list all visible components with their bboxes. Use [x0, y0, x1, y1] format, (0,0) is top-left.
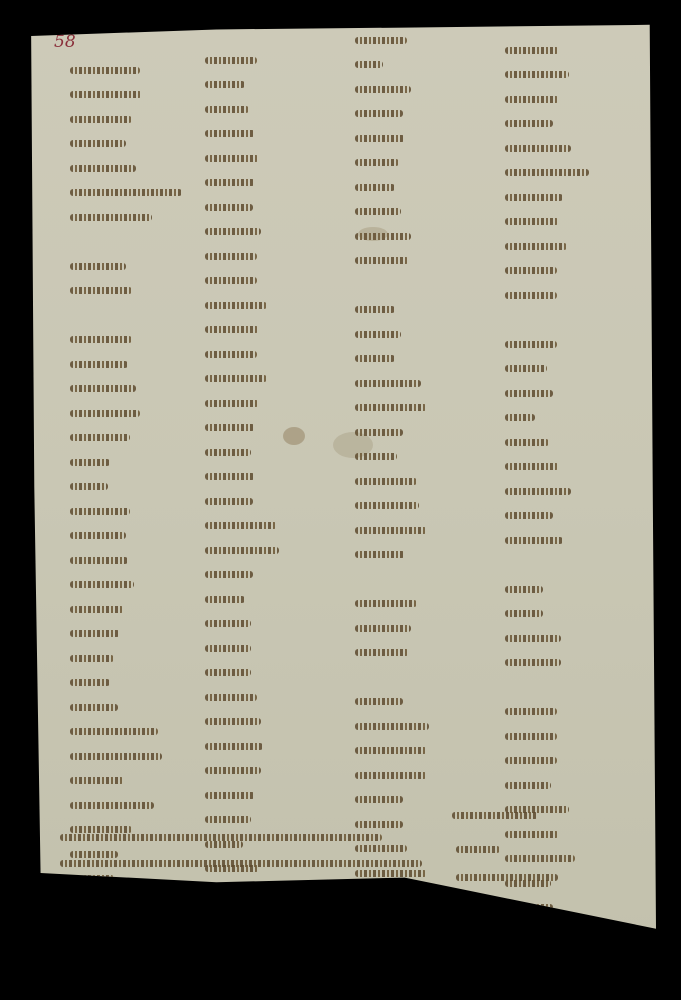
- handwritten-line: [452, 812, 538, 819]
- handwritten-word: [355, 641, 429, 666]
- handwritten-word: [355, 469, 429, 494]
- handwritten-word: [70, 303, 182, 328]
- handwritten-word: [70, 328, 182, 353]
- handwritten-word: [205, 538, 279, 563]
- handwritten-word: [505, 896, 589, 921]
- handwritten-word: [505, 651, 589, 676]
- handwritten-word: [355, 494, 429, 519]
- handwritten-word: [505, 381, 589, 406]
- handwritten-word: [205, 146, 279, 171]
- handwritten-word: [70, 867, 182, 892]
- handwritten-word: [355, 763, 429, 788]
- handwritten-word: [505, 63, 589, 88]
- handwritten-word: [355, 102, 429, 127]
- handwritten-word: [70, 230, 182, 255]
- handwritten-word: [205, 171, 279, 196]
- handwritten-word: [70, 279, 182, 304]
- handwritten-word: [70, 426, 182, 451]
- handwritten-word: [70, 132, 182, 157]
- handwritten-word: [70, 793, 182, 818]
- handwritten-word: [205, 416, 279, 441]
- handwritten-word: [205, 661, 279, 686]
- folio-number: 58: [54, 32, 76, 52]
- word-column-2: [205, 48, 279, 930]
- handwritten-line: [456, 874, 558, 881]
- handwritten-word: [70, 891, 182, 916]
- handwritten-word: [205, 759, 279, 784]
- handwritten-word: [70, 695, 182, 720]
- handwritten-word: [505, 479, 589, 504]
- handwritten-word: [355, 690, 429, 715]
- handwritten-word: [355, 714, 429, 739]
- handwritten-word: [355, 322, 429, 347]
- handwritten-word: [355, 616, 429, 641]
- handwritten-word: [70, 720, 182, 745]
- handwritten-word: [70, 646, 182, 671]
- handwritten-word: [70, 499, 182, 524]
- handwritten-word: [70, 769, 182, 794]
- handwritten-word: [505, 357, 589, 382]
- handwritten-word: [505, 283, 589, 308]
- ink-stain: [358, 227, 388, 241]
- handwritten-word: [205, 367, 279, 392]
- handwritten-word: [205, 783, 279, 808]
- handwritten-word: [505, 602, 589, 627]
- handwritten-word: [505, 430, 589, 455]
- handwritten-word: [355, 53, 429, 78]
- handwritten-word: [205, 563, 279, 588]
- handwritten-word: [505, 773, 589, 798]
- handwritten-word: [355, 567, 429, 592]
- handwritten-word: [70, 156, 182, 181]
- handwritten-line: [456, 902, 512, 909]
- handwritten-word: [505, 38, 589, 63]
- handwritten-word: [70, 107, 182, 132]
- ink-stain: [333, 432, 373, 458]
- handwritten-word: [205, 122, 279, 147]
- handwritten-word: [205, 587, 279, 612]
- handwritten-word: [205, 489, 279, 514]
- handwritten-line: [456, 846, 500, 853]
- handwritten-word: [355, 77, 429, 102]
- handwritten-word: [70, 548, 182, 573]
- handwritten-line: [456, 930, 516, 937]
- handwritten-word: [205, 881, 279, 906]
- handwritten-word: [505, 626, 589, 651]
- handwritten-word: [505, 700, 589, 725]
- handwritten-word: [205, 636, 279, 661]
- handwritten-word: [205, 318, 279, 343]
- handwritten-word: [355, 518, 429, 543]
- handwritten-word: [205, 906, 279, 931]
- handwritten-word: [205, 220, 279, 245]
- handwritten-word: [70, 83, 182, 108]
- handwritten-word: [205, 73, 279, 98]
- word-column-1: [70, 58, 182, 916]
- handwritten-word: [70, 205, 182, 230]
- handwritten-word: [355, 910, 429, 935]
- handwritten-word: [70, 58, 182, 83]
- handwritten-word: [70, 597, 182, 622]
- handwritten-line: [60, 860, 422, 867]
- handwritten-word: [355, 347, 429, 372]
- corner-mark: Bi: [36, 892, 51, 908]
- handwritten-word: [355, 175, 429, 200]
- handwritten-word: [355, 812, 429, 837]
- handwritten-word: [505, 136, 589, 161]
- handwritten-word: [355, 151, 429, 176]
- handwritten-word: [505, 332, 589, 357]
- handwritten-word: [355, 739, 429, 764]
- handwritten-word: [205, 269, 279, 294]
- handwritten-word: [355, 959, 429, 984]
- handwritten-word: [355, 396, 429, 421]
- handwritten-word: [505, 749, 589, 774]
- handwritten-word: [505, 675, 589, 700]
- handwritten-word: [205, 465, 279, 490]
- handwritten-word: [70, 475, 182, 500]
- handwritten-word: [205, 244, 279, 269]
- handwritten-word: [205, 195, 279, 220]
- handwritten-word: [505, 185, 589, 210]
- handwritten-word: [505, 724, 589, 749]
- handwritten-word: [355, 249, 429, 274]
- handwritten-word: [505, 945, 589, 970]
- handwritten-word: [355, 788, 429, 813]
- handwritten-word: [70, 450, 182, 475]
- handwritten-word: [355, 886, 429, 911]
- handwritten-line: [60, 834, 382, 841]
- handwritten-word: [355, 665, 429, 690]
- handwritten-word: [205, 612, 279, 637]
- handwritten-word: [205, 514, 279, 539]
- handwritten-word: [205, 342, 279, 367]
- handwritten-word: [355, 298, 429, 323]
- handwritten-word: [355, 371, 429, 396]
- handwritten-word: [355, 200, 429, 225]
- handwritten-word: [505, 455, 589, 480]
- handwritten-word: [70, 622, 182, 647]
- handwritten-word: [70, 352, 182, 377]
- handwritten-word: [70, 744, 182, 769]
- handwritten-word: [205, 293, 279, 318]
- handwritten-word: [505, 259, 589, 284]
- handwritten-word: [505, 847, 589, 872]
- handwritten-word: [505, 504, 589, 529]
- handwritten-word: [70, 181, 182, 206]
- handwritten-word: [205, 48, 279, 73]
- handwritten-word: [505, 822, 589, 847]
- ink-stain: [283, 427, 305, 445]
- handwritten-word: [70, 254, 182, 279]
- handwritten-word: [205, 97, 279, 122]
- handwritten-word: [70, 401, 182, 426]
- handwritten-word: [205, 808, 279, 833]
- handwritten-word: [505, 87, 589, 112]
- handwritten-word: [505, 210, 589, 235]
- handwritten-word: [505, 577, 589, 602]
- handwritten-word: [355, 592, 429, 617]
- handwritten-word: [505, 308, 589, 333]
- handwritten-word: [355, 543, 429, 568]
- handwritten-word: [205, 391, 279, 416]
- handwritten-word: [205, 685, 279, 710]
- handwritten-word: [205, 734, 279, 759]
- handwritten-word: [70, 573, 182, 598]
- handwritten-word: [505, 528, 589, 553]
- handwritten-word: [70, 524, 182, 549]
- handwritten-word: [505, 234, 589, 259]
- handwritten-word: [505, 920, 589, 945]
- handwritten-word: [70, 377, 182, 402]
- handwritten-word: [505, 553, 589, 578]
- handwritten-word: [70, 671, 182, 696]
- handwritten-word: [205, 710, 279, 735]
- handwritten-word: [505, 406, 589, 431]
- handwritten-word: [505, 161, 589, 186]
- manuscript-page: 58 Bi: [28, 22, 656, 952]
- handwritten-word: [205, 440, 279, 465]
- handwritten-word: [355, 273, 429, 298]
- handwritten-word: [355, 28, 429, 53]
- handwritten-word: [355, 935, 429, 960]
- handwritten-word: [355, 126, 429, 151]
- handwritten-word: [505, 112, 589, 137]
- word-column-4: [505, 38, 589, 969]
